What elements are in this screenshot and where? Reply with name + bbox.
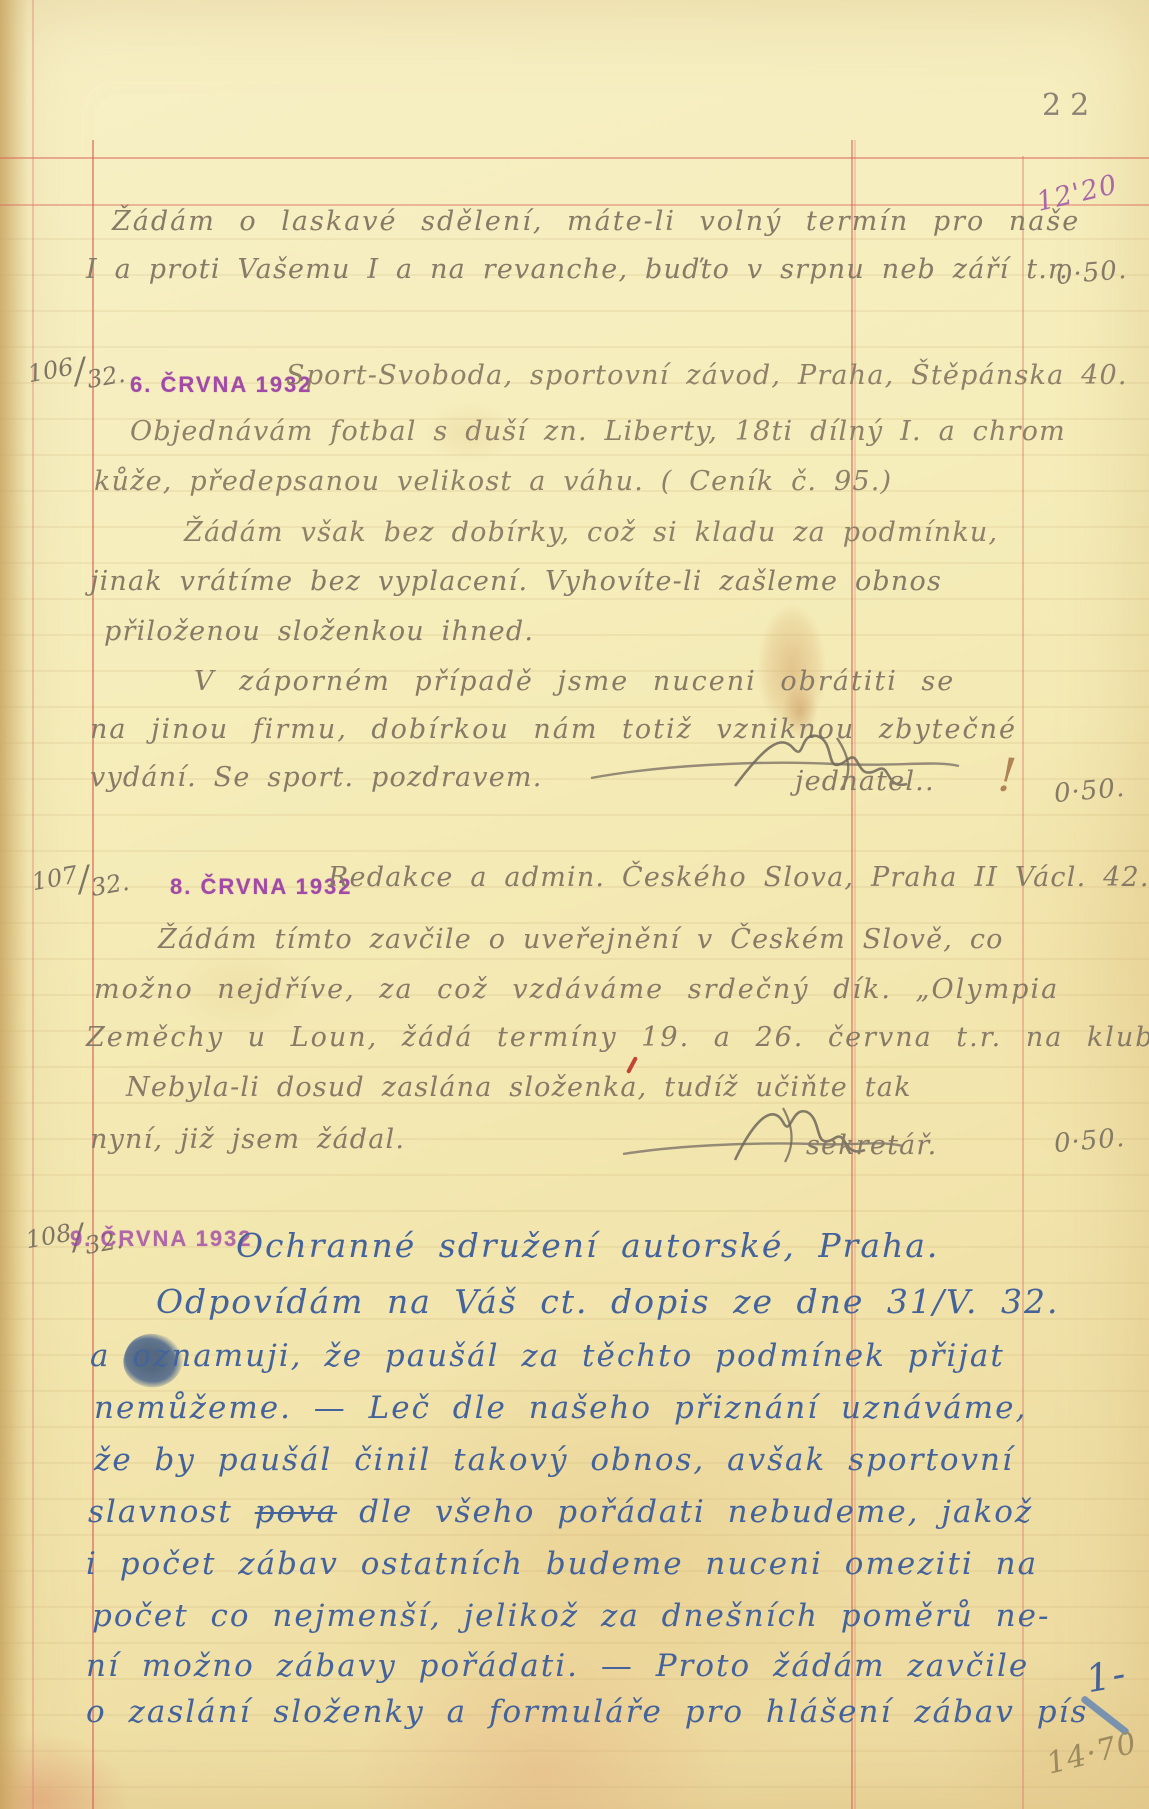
- entry-107-amount: 0·50.: [1053, 1123, 1127, 1159]
- intro-line-2: I a proti Vašemu I a na revanche, buďto …: [86, 254, 1069, 285]
- entry-107-line-1: Žádám tímto zavčile o uveřejnění v České…: [158, 924, 1004, 955]
- ledger-page: 22 12'20 Žádám o laskavé sdělení, máte-l…: [0, 0, 1149, 1809]
- entry-107-ref-den: 32.: [89, 868, 131, 902]
- entry-106-line-5: přiloženou složenkou ihned.: [104, 616, 534, 647]
- entry-106-line-1: Objednávám fotbal s duší zn. Liberty, 18…: [130, 416, 1066, 447]
- entry-108-line-5-pre: slavnost: [88, 1494, 233, 1530]
- entry-108-line-4: že by paušál činil takový obnos, avšak s…: [94, 1442, 1014, 1478]
- intro-amount: 0·50.: [1055, 255, 1129, 291]
- entry-107-ref: 107/32.: [29, 850, 130, 906]
- intro-line-1: Žádám o laskavé sdělení, máte-li volný t…: [112, 206, 1080, 237]
- entry-107-line-2: možno nejdříve, za což vzdáváme srdečný …: [94, 974, 1059, 1005]
- entry-108-line-3: nemůžeme. — Leč dle našeho přiznání uzná…: [94, 1390, 1027, 1426]
- entry-107-closing: nyní, již jsem žádal.: [90, 1124, 405, 1155]
- entry-106-line-4: jinak vrátíme bez vyplacení. Vyhovíte-li…: [90, 566, 942, 597]
- entry-106-ref-num: 106: [26, 353, 76, 389]
- entry-108-line-6: i počet zábav ostatních budeme nuceni om…: [86, 1546, 1038, 1582]
- entry-106-amount: 0·50.: [1053, 773, 1127, 809]
- entry-106-ref: 106/32.: [25, 342, 126, 398]
- entry-106-ref-den: 32.: [85, 360, 127, 394]
- bottom-amount-pencil: 14·70: [1043, 1725, 1141, 1781]
- date-stamp-107: 8. ČRVNA 1932: [170, 874, 353, 900]
- entry-107-heading: Redakce a admin. Českého Slova, Praha II…: [328, 862, 1149, 893]
- entry-108-ref-num: 108: [24, 1219, 74, 1255]
- entry-108-line-7: počet co nejmenší, jelikož za dnešních p…: [92, 1598, 1050, 1634]
- entry-106-closing: vydání. Se sport. pozdravem.: [90, 762, 543, 793]
- entry-106-heading: Sport-Svoboda, sportovní závod, Praha, Š…: [286, 360, 1128, 391]
- entry-108-line-2: a oznamuji, že paušál za těchto podmínek…: [90, 1338, 1005, 1374]
- margin-rule-pink: [32, 0, 34, 1809]
- page-number: 22: [1042, 88, 1098, 123]
- entry-108-heading: Ochranné sdružení autorské, Praha.: [236, 1226, 939, 1265]
- paper-left-edge: [0, 0, 28, 1809]
- entry-106-line-3: Žádám však bez dobírky, což si kladu za …: [184, 517, 998, 548]
- entry-107-ref-num: 107: [30, 861, 80, 897]
- header-rule-top: [0, 157, 1149, 159]
- entry-106-role: jednatel..: [795, 766, 935, 797]
- entry-106-line-6: V záporném případě jsme nuceni obrátiti …: [194, 666, 955, 697]
- entry-108-line-5-post: dle všeho pořádati nebudeme, jakož: [359, 1494, 1033, 1530]
- entry-108-line-5-struck-word: pova: [255, 1494, 338, 1530]
- entry-106-exclamation: !: [996, 747, 1019, 802]
- entry-108-line-1: Odpovídám na Váš ct. dopis ze dne 31/V. …: [156, 1282, 1060, 1321]
- bottom-amount-ink: 1-: [1082, 1651, 1130, 1701]
- entry-108-line-8: ní možno zábavy pořádati. — Proto žádám …: [86, 1648, 1029, 1684]
- entry-106-line-2: kůže, předepsanou velikost a váhu. ( Cen…: [94, 466, 892, 497]
- entry-107-line-3: Zeměchy u Loun, žádá termíny 19. a 26. č…: [86, 1022, 1149, 1053]
- entry-108-line-9: o zaslání složenky a formuláře pro hláše…: [86, 1694, 1088, 1730]
- entry-107-role: sekretář.: [806, 1130, 937, 1161]
- entry-108-line-5: slavnost pova dle všeho pořádati nebudem…: [88, 1494, 1033, 1530]
- date-stamp-108: 9. ČRVNA 1932: [70, 1226, 253, 1252]
